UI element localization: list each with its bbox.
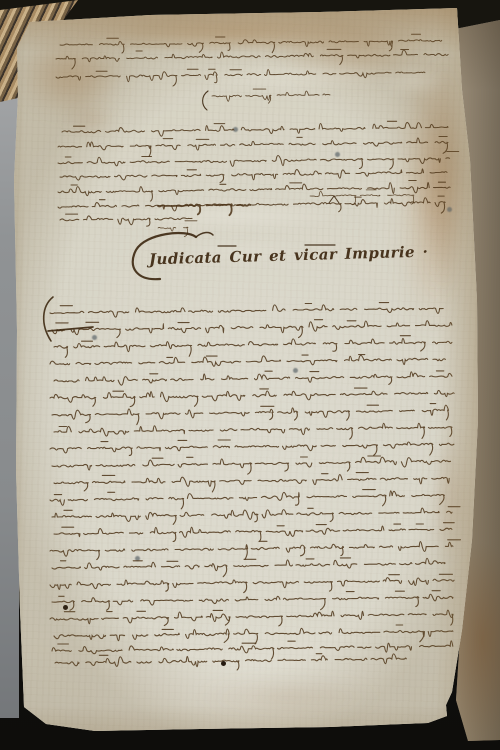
manuscript-photograph: Judicata Cur et vicar Impurie · bbox=[0, 0, 500, 750]
manuscript-page: Judicata Cur et vicar Impurie · bbox=[0, 0, 500, 750]
paper-edge-shading bbox=[0, 0, 500, 750]
